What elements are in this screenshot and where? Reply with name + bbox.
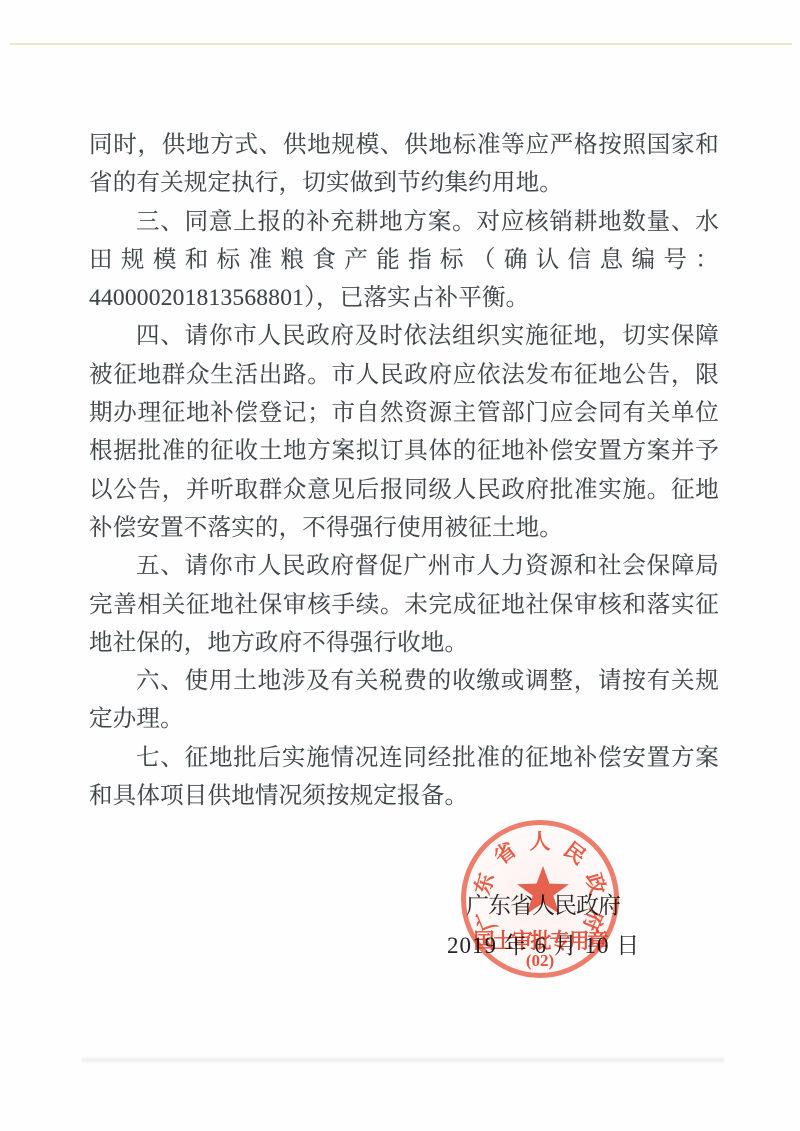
paragraph: 同时，供地方式、供地规模、供地标准等应严格按照国家和省的有关规定执行，切实做到节… — [89, 126, 719, 203]
paragraph: 六、使用土地涉及有关税费的收缴或调整，请按有关规定办理。 — [89, 662, 719, 739]
seal-arc-char: 省 — [491, 839, 520, 868]
document-body: 同时，供地方式、供地规模、供地标准等应严格按照国家和省的有关规定执行，切实做到节… — [89, 126, 719, 815]
paragraph: 五、请你市人民政府督促广州市人力资源和社会保障局完善相关征地社保审核手续。未完成… — [89, 547, 719, 662]
scan-artifact-smudge — [82, 1058, 724, 1062]
seal-arc-char: 民 — [560, 839, 589, 868]
paragraph: 七、征地批后实施情况连同经批准的征地补偿安置方案和具体项目供地情况须按规定报备。 — [89, 739, 719, 816]
seal-arc-char: 人 — [530, 832, 551, 853]
document-page: 同时，供地方式、供地规模、供地标准等应严格按照国家和省的有关规定执行，切实做到节… — [0, 0, 800, 1131]
signature-date: 2019 年 6 月 10 日 — [447, 927, 640, 960]
scan-artifact-line — [10, 43, 792, 45]
paragraph: 四、请你市人民政府及时依法组织实施征地，切实保障被征地群众生活出路。市人民政府应… — [89, 317, 719, 547]
paragraph: 三、同意上报的补充耕地方案。对应核销耕地数量、水田规模和标准粮食产能指标（确认信… — [89, 203, 719, 318]
signature-issuer: 广东省人民政府 — [466, 887, 620, 920]
